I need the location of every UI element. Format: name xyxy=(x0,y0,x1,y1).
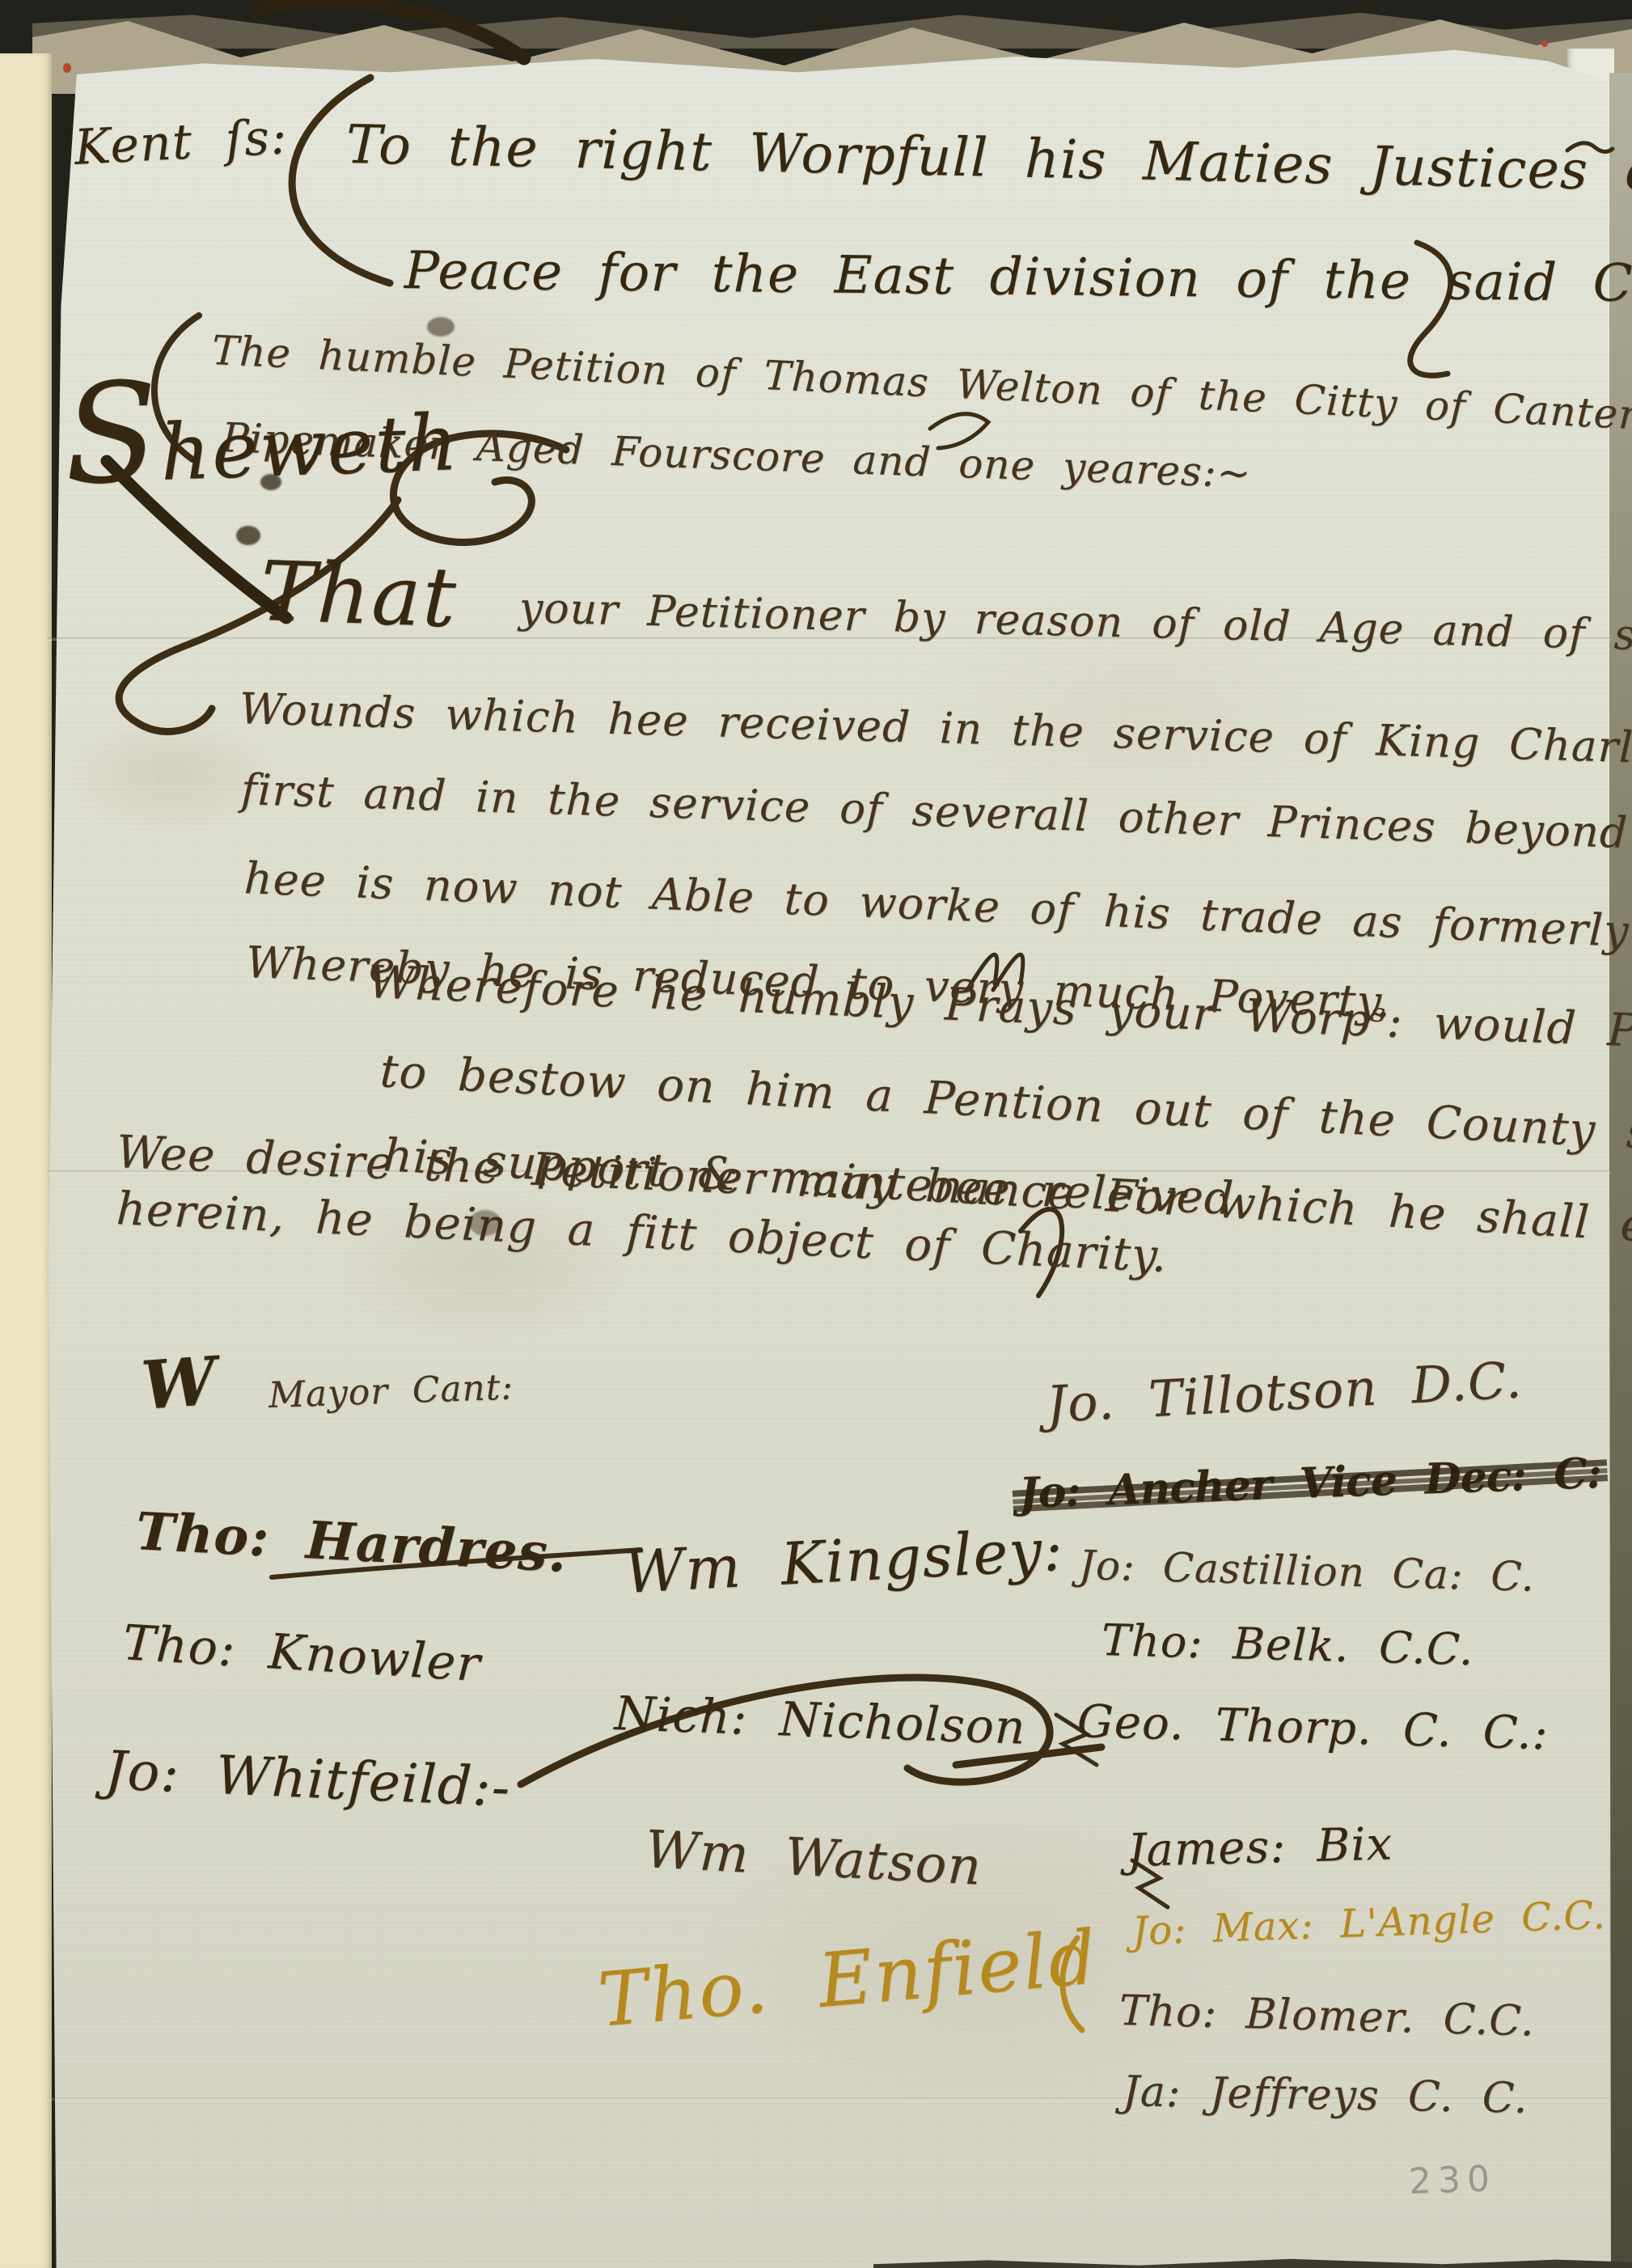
signature-belk: Tho: Belk. C.C. xyxy=(1101,1614,1474,1675)
folio-number: 230 xyxy=(1408,2158,1497,2202)
signature-mayor-office: Mayor Cant: xyxy=(268,1366,514,1416)
county-margin-label: Kent ſs: xyxy=(73,108,289,176)
signature-mayor-monogram: W xyxy=(139,1343,220,1425)
ink-smudge xyxy=(469,1210,501,1236)
ink-blot xyxy=(260,474,281,490)
ink-blot xyxy=(236,526,260,545)
backing-page-strip xyxy=(0,53,52,2268)
body-that-word: That xyxy=(259,544,459,646)
red-speck xyxy=(63,63,71,73)
manuscript-petition-scan: Kent ſs: To the right Worpfull his Matie… xyxy=(0,0,1632,2268)
red-speck xyxy=(1541,40,1548,47)
signature-jeffreys: Ja: Jeffreys C. C. xyxy=(1122,2067,1528,2123)
ink-blot xyxy=(427,317,455,336)
signature-bix: James: Bix xyxy=(1127,1817,1393,1877)
